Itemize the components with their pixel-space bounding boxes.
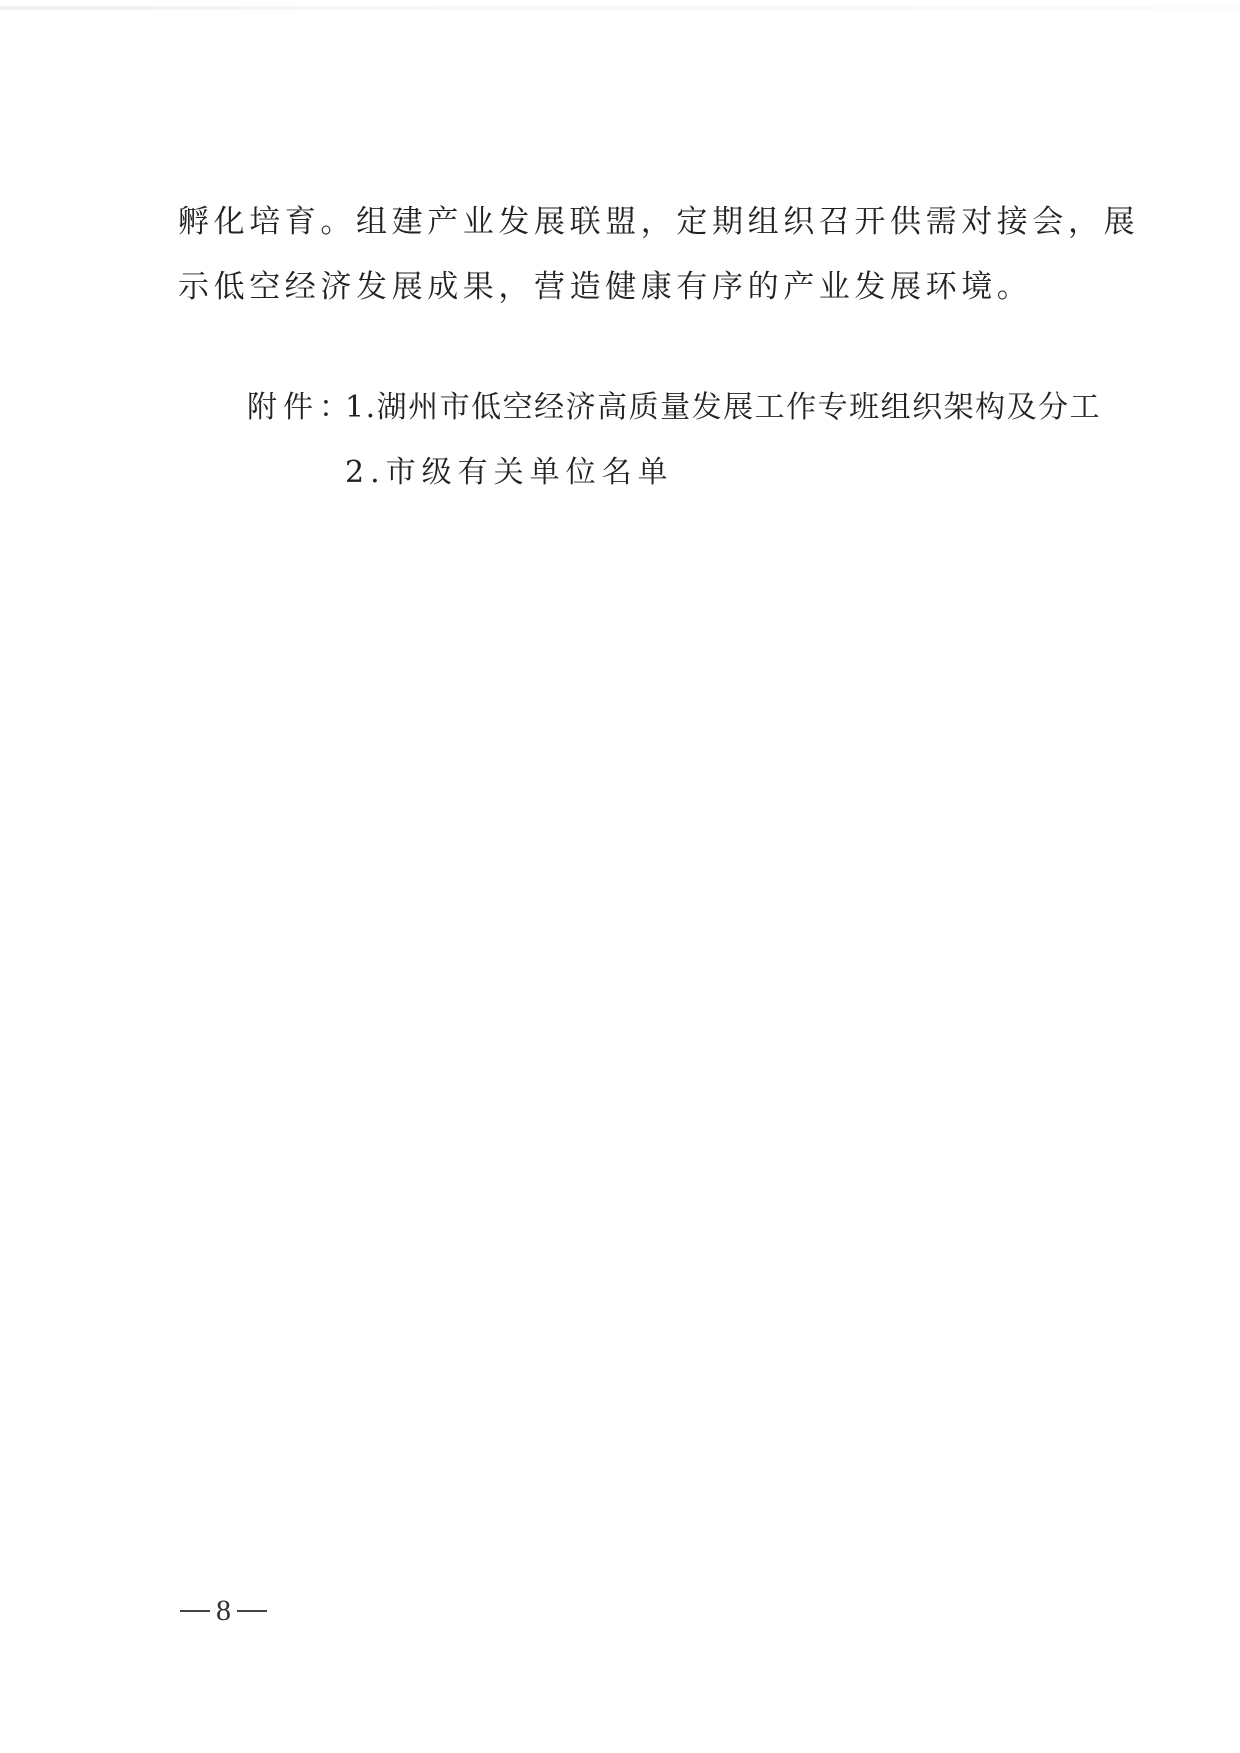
page-number: 8 — [216, 1595, 231, 1627]
body-text-line: 孵化培育。组建产业发展联盟，定期组织召开供需对接会，展 — [178, 204, 1139, 240]
attachment-item: 1.湖州市低空经济高质量发展工作专班组织架构及分工 — [345, 390, 1101, 426]
attachments-label: 附件： — [247, 390, 355, 426]
scan-artifact — [0, 6, 1240, 10]
attachment-item: 2.市级有关单位名单 — [345, 455, 674, 491]
body-text-line: 示低空经济发展成果，营造健康有序的产业发展环境。 — [178, 269, 1032, 305]
page-number-footer: 8 — [180, 1595, 267, 1627]
dash-right — [237, 1610, 267, 1612]
dash-left — [180, 1610, 210, 1612]
